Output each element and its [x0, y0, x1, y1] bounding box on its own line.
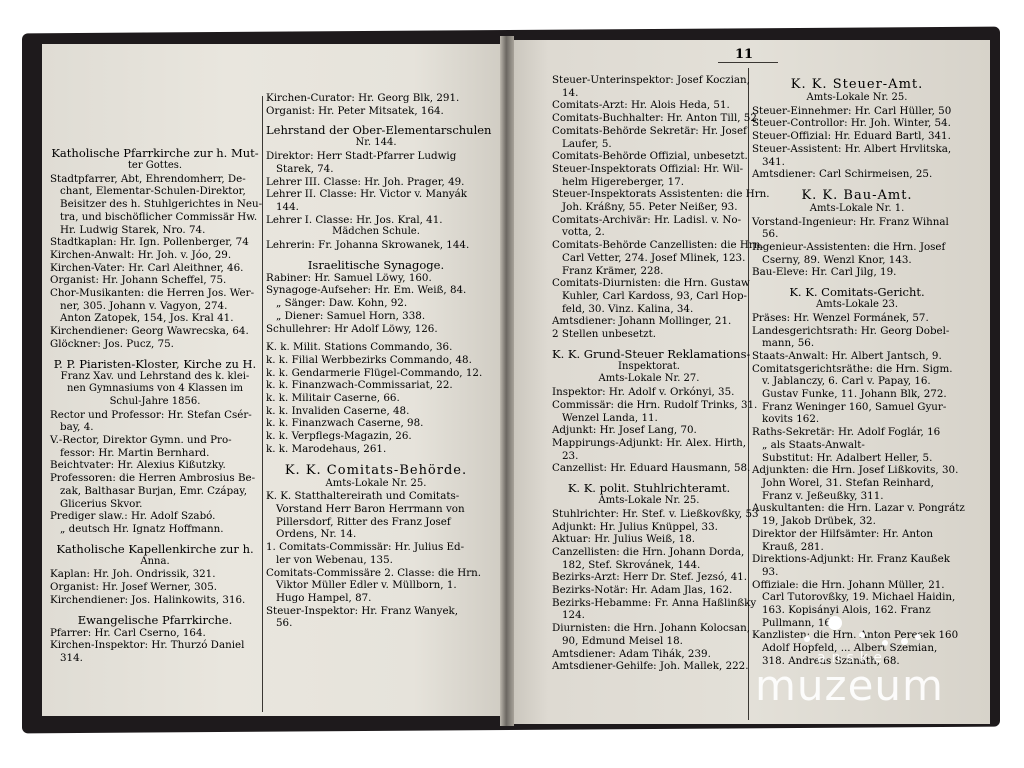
text-line: Comitats-Behörde Sekretär: Hr. Josef: [552, 125, 746, 138]
text-line: Canzellisten: die Hrn. Johann Dorda,: [552, 546, 746, 559]
text-line: Direktor: Herr Stadt-Pfarrer Ludwig: [266, 150, 486, 163]
text-line: Chor-Musikanten: die Herren Jos. Wer-: [50, 287, 260, 300]
text-line: Steuer-Assistent: Hr. Albert Hrvlitska,: [752, 143, 962, 156]
section-heading: Israelitische Synagoge.: [266, 258, 486, 272]
text-line: kovits 162.: [752, 413, 962, 426]
text-line: Schullehrer: Hr Adolf Löwy, 126.: [266, 323, 486, 336]
text-line: „ Sänger: Daw. Kohn, 92.: [266, 297, 486, 310]
text-line: Starek, 74.: [266, 163, 486, 176]
text-line: Comitats-Commissäre 2. Classe: die Hrn.: [266, 567, 486, 580]
text-line: Ingenieur-Assistenten: die Hrn. Josef: [752, 241, 962, 254]
section-heading: Katholische Pfarrkirche zur h. Mut-: [50, 146, 260, 160]
text-line: Comitats-Arzt: Hr. Alois Heda, 51.: [552, 99, 746, 112]
text-line: Substitut: Hr. Adalbert Heller, 5.: [752, 452, 962, 465]
text-line: 56.: [752, 228, 962, 241]
section-subheading: Schul-Jahre 1856.: [50, 396, 260, 409]
text-line: Comitats-Diurnisten: die Hrn. Gustaw: [552, 277, 746, 290]
section-heading: K. K. Comitats-Behörde.: [266, 464, 486, 478]
book-gutter: [500, 36, 514, 726]
text-line: feld, 30. Vinz. Kalina, 34.: [552, 303, 746, 316]
text-line: Adjunkt: Hr. Josef Lang, 70.: [552, 424, 746, 437]
text-line: Lehrerin: Fr. Johanna Skrowanek, 144.: [266, 239, 486, 252]
text-line: Laufer, 5.: [552, 138, 746, 151]
text-line: 2 Stellen unbesetzt.: [552, 328, 746, 341]
text-line: Steuer-Inspektorats Assistenten: die Hrn…: [552, 188, 746, 201]
text-line: 341.: [752, 156, 962, 169]
text-line: Amtsdiener-Gehilfe: Joh. Mallek, 222.: [552, 660, 746, 673]
text-line: Hr. Ludwig Starek, Nro. 74.: [50, 224, 260, 237]
text-line: Beichtvater: Hr. Alexius Kißutzky.: [50, 459, 260, 472]
text-line: Organist: Hr. Peter Mitsatek, 164.: [266, 105, 486, 118]
text-line: Steuer-Controllor: Hr. Joh. Winter, 54.: [752, 117, 962, 130]
text-line: V.-Rector, Direktor Gymn. und Pro-: [50, 434, 260, 447]
text-line: Gustav Funke, 11. Johann Blk, 272.: [752, 388, 962, 401]
text-line: mann, 56.: [752, 337, 962, 350]
text-line: 93.: [752, 566, 962, 579]
text-line: Kirchen-Vater: Hr. Carl Aleithner, 46.: [50, 262, 260, 275]
text-line: Inspektor: Hr. Adolf v. Orkónyi, 35.: [552, 386, 746, 399]
section-subheading: ter Gottes.: [50, 160, 260, 173]
text-line: Amtsdiener: Carl Schirmeisen, 25.: [752, 168, 962, 181]
text-line: zak, Balthasar Burjan, Emr. Czápay,: [50, 485, 260, 498]
page-number-rule: [718, 62, 778, 63]
text-line: Hugo Hampel, 87.: [266, 592, 486, 605]
text-line: Steuer-Einnehmer: Hr. Carl Hüller, 50: [752, 105, 962, 118]
text-line: Direktor der Hilfsämter: Hr. Anton: [752, 528, 962, 541]
text-line: 314.: [50, 652, 260, 665]
watermark-dot: [915, 634, 921, 640]
text-line: Lehrer III. Classe: Hr. Joh. Prager, 49.: [266, 176, 486, 189]
text-line: „ als Staats-Anwalt-: [752, 439, 962, 452]
text-line: Commissär: die Hrn. Rudolf Trinks, 31.: [552, 399, 746, 412]
open-book-photo: 11 Katholische Pfarrkirche zur h. Mut-te…: [0, 0, 1024, 768]
section-subheading: Amts-Lokale Nr. 1.: [752, 203, 962, 216]
text-line: Franz Krämer, 228.: [552, 265, 746, 278]
text-line: k. k. Filial Werbbezirks Commando, 48.: [266, 354, 486, 367]
text-line: Franz v. Jeßeußky, 311.: [752, 490, 962, 503]
text-line: Bezirks-Notär: Hr. Adam Jlas, 162.: [552, 584, 746, 597]
text-line: Professoren: die Herren Ambrosius Be-: [50, 472, 260, 485]
text-line: Comitats-Behörde Offizial, unbesetzt.: [552, 150, 746, 163]
section-subheading: Amts-Lokale Nr. 25.: [266, 478, 486, 491]
text-line: Comitatsgerichtsräthe: die Hrn. Sigm.: [752, 363, 962, 376]
section-subheading: nen Gymnasiums von 4 Klassen im: [50, 383, 260, 396]
section-heading: K. K. Comitats-Gericht.: [752, 285, 962, 299]
text-line: Lehrer II. Classe: Hr. Victor v. Manyák: [266, 188, 486, 201]
text-line: 56.: [266, 617, 486, 630]
text-line: Kirchen-Inspektor: Hr. Thurzó Daniel: [50, 639, 260, 652]
text-line: Diurnisten: die Hrn. Johann Kolocsan,: [552, 622, 746, 635]
section-heading: Ewangelische Pfarrkirche.: [50, 613, 260, 627]
text-line: Landesgerichtsrath: Hr. Georg Dobel-: [752, 325, 962, 338]
section-subheading: Inspektorat.: [552, 361, 746, 374]
text-line: k. k. Gendarmerie Flügel-Commando, 12.: [266, 367, 486, 380]
text-line: Kirchendiener: Jos. Halinkowits, 316.: [50, 594, 260, 607]
text-line: Stuhlrichter: Hr. Stef. v. Ließkovßky, 5…: [552, 508, 746, 521]
watermark-dot: [804, 636, 810, 642]
text-line: Joh. Kráßny, 55. Peter Neißer, 93.: [552, 201, 746, 214]
text-line: Kaplan: Hr. Joh. Ondrissik, 321.: [50, 568, 260, 581]
text-line: Krauß, 281.: [752, 541, 962, 554]
text-line: Glicerius Skvor.: [50, 498, 260, 511]
page-number: 11: [735, 47, 753, 62]
text-line: Präses: Hr. Wenzel Formánek, 57.: [752, 312, 962, 325]
text-line: Steuer-Inspektor: Hr. Franz Wanyek,: [266, 605, 486, 618]
text-line: Prediger slaw.: Hr. Adolf Szabó.: [50, 510, 260, 523]
text-line: Amtsdiener: Adam Tihák, 239.: [552, 648, 746, 661]
section-subheading: Amts-Lokale 23.: [752, 299, 962, 312]
text-line: v. Jablanczy, 6. Carl v. Papay, 16.: [752, 375, 962, 388]
section-heading: K. K. Bau-Amt.: [752, 189, 962, 203]
text-line: Stadtkaplan: Hr. Ign. Pollenberger, 74: [50, 236, 260, 249]
text-line: Carl Vetter, 274. Josef Mlinek, 123.: [552, 252, 746, 265]
text-line: Kirchen-Anwalt: Hr. Joh. v. Jóo, 29.: [50, 249, 260, 262]
text-line: K. k. Milit. Stations Commando, 36.: [266, 341, 486, 354]
section-subheading: Anna.: [50, 556, 260, 569]
text-line: Rector und Professor: Hr. Stefan Csér-: [50, 409, 260, 422]
text-line: Kuhler, Carl Kardoss, 93, Carl Hop-: [552, 290, 746, 303]
text-line: 19, Jakob Drübek, 32.: [752, 515, 962, 528]
section-subheading: Amts-Lokale Nr. 25.: [752, 92, 962, 105]
text-line: Raths-Sekretär: Hr. Adolf Foglár, 16: [752, 426, 962, 439]
text-line: Franz Weninger 160, Samuel Gyur-: [752, 401, 962, 414]
text-line: Bezirks-Arzt: Herr Dr. Stef. Jezsó, 41.: [552, 571, 746, 584]
text-line: Direktions-Adjunkt: Hr. Franz Kaußek: [752, 553, 962, 566]
section-heading: Lehrstand der Ober-Elementarschulen: [266, 123, 486, 137]
text-line: chant, Elementar-Schulen-Direktor,: [50, 185, 260, 198]
text-line: 90, Edmund Meisel 18.: [552, 635, 746, 648]
text-line: Bau-Eleve: Hr. Carl Jilg, 19.: [752, 266, 962, 279]
text-line: Bezirks-Hebamme: Fr. Anna Haßlinßky: [552, 597, 746, 610]
text-line: Wenzel Landa, 11.: [552, 412, 746, 425]
section-heading: Katholische Kapellenkirche zur h.: [50, 542, 260, 556]
watermark-dot: [901, 638, 908, 645]
text-line: 124.: [552, 609, 746, 622]
text-line: Adjunkt: Hr. Julius Knüppel, 33.: [552, 521, 746, 534]
text-line: Kanzlisten: die Hrn. Anton Peresek 160: [752, 629, 962, 642]
text-line: Vorstand-Ingenieur: Hr. Franz Wihnal: [752, 216, 962, 229]
text-line: votta, 2.: [552, 226, 746, 239]
text-line: Steuer-Offizial: Hr. Eduard Bartl, 341.: [752, 130, 962, 143]
section-subheading: Amts-Lokale Nr. 27.: [552, 373, 746, 386]
text-line: Staats-Anwalt: Hr. Albert Jantsch, 9.: [752, 350, 962, 363]
text-line: Steuer-Unterinspektor: Josef Koczian,: [552, 74, 746, 87]
text-line: John Worel, 31. Stefan Reinhard,: [752, 477, 962, 490]
text-line: Anton Zatopek, 154, Jos. Kral 41.: [50, 312, 260, 325]
text-line: ler von Webenau, 135.: [266, 554, 486, 567]
text-line: Viktor Müller Edler v. Müllborn, 1.: [266, 579, 486, 592]
section-heading: K. K. polit. Stuhlrichteramt.: [552, 481, 746, 495]
watermark-dot: [859, 632, 865, 638]
text-line: k. k. Finanzwach Caserne, 98.: [266, 417, 486, 430]
text-line: k. k. Finanzwach-Commissariat, 22.: [266, 379, 486, 392]
text-line: Glöckner: Jos. Pucz, 75.: [50, 338, 260, 351]
text-line: 163. Kopisányi Alois, 162. Franz: [752, 604, 962, 617]
left-page-column-2: Kirchen-Curator: Hr. Georg Blk, 291.Orga…: [266, 92, 486, 630]
section-subheading: Amts-Lokale Nr. 25.: [552, 495, 746, 508]
text-line: Lehrer I. Classe: Hr. Jos. Kral, 41.: [266, 214, 486, 227]
text-line: k. k. Verpflegs-Magazin, 26.: [266, 430, 486, 443]
text-line: Beisitzer des h. Stuhlgerichtes in Neu-: [50, 198, 260, 211]
text-line: „ Diener: Samuel Horn, 338.: [266, 310, 486, 323]
text-line: Auskultanten: die Hrn. Lazar v. Pongrátz: [752, 502, 962, 515]
section-subheading: Nr. 144.: [266, 137, 486, 150]
text-line: Comitats-Behörde Canzellisten: die Hrn.: [552, 239, 746, 252]
text-line: fessor: Hr. Martin Bernhard.: [50, 447, 260, 460]
text-line: Comitats-Archivär: Hr. Ladisl. v. No-: [552, 214, 746, 227]
section-heading: P. P. Piaristen-Kloster, Kirche zu H.: [50, 357, 260, 371]
text-line: Amtsdiener: Johann Mollinger, 21.: [552, 315, 746, 328]
text-line: Aktuar: Hr. Julius Weiß, 18.: [552, 533, 746, 546]
text-line: 14.: [552, 87, 746, 100]
text-line: Cserny, 89. Wenzl Knor, 143.: [752, 254, 962, 267]
text-line: Canzellist: Hr. Eduard Hausmann, 58.: [552, 462, 746, 475]
text-line: Carl Tutorovßky, 19. Michael Haidin,: [752, 591, 962, 604]
text-line: Organist: Hr. Johann Scheffel, 75.: [50, 274, 260, 287]
text-line: 144.: [266, 201, 486, 214]
text-line: tra, und bischöflicher Commissär Hw.: [50, 211, 260, 224]
text-line: Adjunkten: die Hrn. Josef Lißkovits, 30.: [752, 464, 962, 477]
text-line: k. k. Invaliden Caserne, 48.: [266, 405, 486, 418]
section-subheading: Mädchen Schule.: [266, 226, 486, 239]
text-line: Mappirungs-Adjunkt: Hr. Alex. Hirth,: [552, 437, 746, 450]
section-heading: K. K. Grund-Steuer Reklamations-: [552, 347, 746, 361]
text-line: Offiziale: die Hrn. Johann Müller, 21.: [752, 579, 962, 592]
section-subheading: Franz Xav. und Lehrstand des k. klei-: [50, 371, 260, 384]
text-line: k. k. Militair Caserne, 66.: [266, 392, 486, 405]
watermark-dot: [882, 640, 888, 646]
left-column-divider: [262, 96, 263, 712]
text-line: Steuer-Inspektorats Offizial: Hr. Wil-: [552, 163, 746, 176]
text-line: ner, 305. Johann v. Vagyon, 274.: [50, 300, 260, 313]
text-line: Comitats-Buchhalter: Hr. Anton Till, 52: [552, 112, 746, 125]
section-heading: K. K. Steuer-Amt.: [752, 78, 962, 92]
text-line: Organist: Hr. Josef Werner, 305.: [50, 581, 260, 594]
text-line: Vorstand Herr Baron Herrmann von: [266, 503, 486, 516]
text-line: helm Higereberger, 17.: [552, 176, 746, 189]
left-page-column-1: Katholische Pfarrkirche zur h. Mut-ter G…: [50, 140, 260, 665]
text-line: 182, Stef. Skrovánek, 144.: [552, 559, 746, 572]
watermark-line-2: muzeum: [755, 664, 944, 708]
text-line: Pullmann, 166: [752, 617, 962, 630]
text-line: Rabiner: Hr. Samuel Löwy, 160.: [266, 272, 486, 285]
right-page-column-1: Steuer-Unterinspektor: Josef Koczian,14.…: [552, 74, 746, 673]
text-line: 23.: [552, 450, 746, 463]
text-line: Synagoge-Aufseher: Hr. Em. Weiß, 84.: [266, 284, 486, 297]
text-line: Kirchen-Curator: Hr. Georg Blk, 291.: [266, 92, 486, 105]
text-line: Pfarrer: Hr. Carl Cserno, 164.: [50, 627, 260, 640]
watermark-dot: [828, 616, 842, 630]
text-line: Stadtpfarrer, Abt, Ehrendomherr, De-: [50, 173, 260, 186]
text-line: K. K. Statthaltereirath und Comitats-: [266, 490, 486, 503]
text-line: k. k. Marodehaus, 261.: [266, 443, 486, 456]
text-line: Pillersdorf, Ritter des Franz Josef: [266, 516, 486, 529]
text-line: „ deutsch Hr. Ignatz Hoffmann.: [50, 523, 260, 536]
right-page-column-2: K. K. Steuer-Amt.Amts-Lokale Nr. 25.Steu…: [752, 70, 962, 668]
text-line: Ordens, Nr. 14.: [266, 528, 486, 541]
text-line: bay, 4.: [50, 421, 260, 434]
text-line: Kirchendiener: Georg Wawrecska, 64.: [50, 325, 260, 338]
text-line: 1. Comitats-Commissär: Hr. Julius Ed-: [266, 541, 486, 554]
